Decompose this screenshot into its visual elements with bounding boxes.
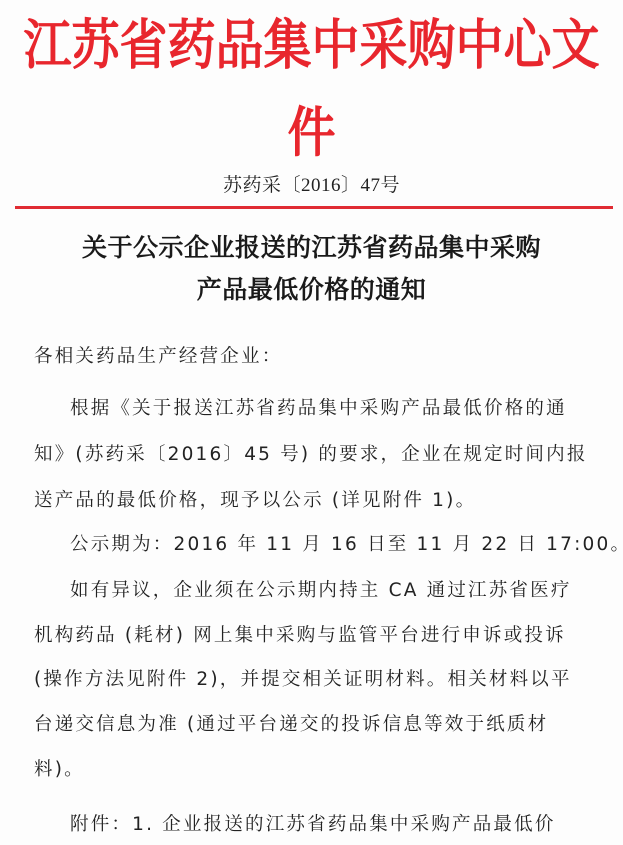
notice-title-line-2: 产品最低价格的通知 <box>0 270 623 306</box>
body-line: 根据《关于报送江苏省药品集中采购产品最低价格的通 <box>70 394 567 420</box>
document-page: 江苏省药品集中采购中心文件 苏药采〔2016〕47号 关于公示企业报送的江苏省药… <box>0 0 623 845</box>
body-line: 机构药品 (耗材) 网上集中采购与监管平台进行申诉或投诉 <box>34 621 566 647</box>
red-divider-line <box>15 206 613 209</box>
document-number: 苏药采〔2016〕47号 <box>0 170 623 197</box>
publication-period: 公示期为：2016 年 11 月 16 日至 11 月 22 日 17:00。 <box>70 530 623 556</box>
body-line: 料)。 <box>34 755 85 781</box>
attachment-line: 附件：1. 企业报送的江苏省药品集中采购产品最低价 <box>70 810 556 836</box>
body-line: 知》(苏药采〔2016〕45 号) 的要求，企业在规定时间内报 <box>34 440 588 466</box>
masthead-title: 江苏省药品集中采购中心文件 <box>0 2 623 89</box>
salutation: 各相关药品生产经营企业： <box>34 342 282 368</box>
body-line: 台递交信息为准 (通过平台递交的投诉信息等效于纸质材 <box>34 710 548 736</box>
body-line: 如有异议，企业须在公示期内持主 CA 通过江苏省医疗 <box>70 576 572 602</box>
body-line: (操作方法见附件 2)，并提交相关证明材料。相关材料以平 <box>34 665 572 691</box>
body-line: 送产品的最低价格，现予以公示 (详见附件 1)。 <box>34 486 476 512</box>
notice-title-line-1: 关于公示企业报送的江苏省药品集中采购 <box>0 228 623 264</box>
